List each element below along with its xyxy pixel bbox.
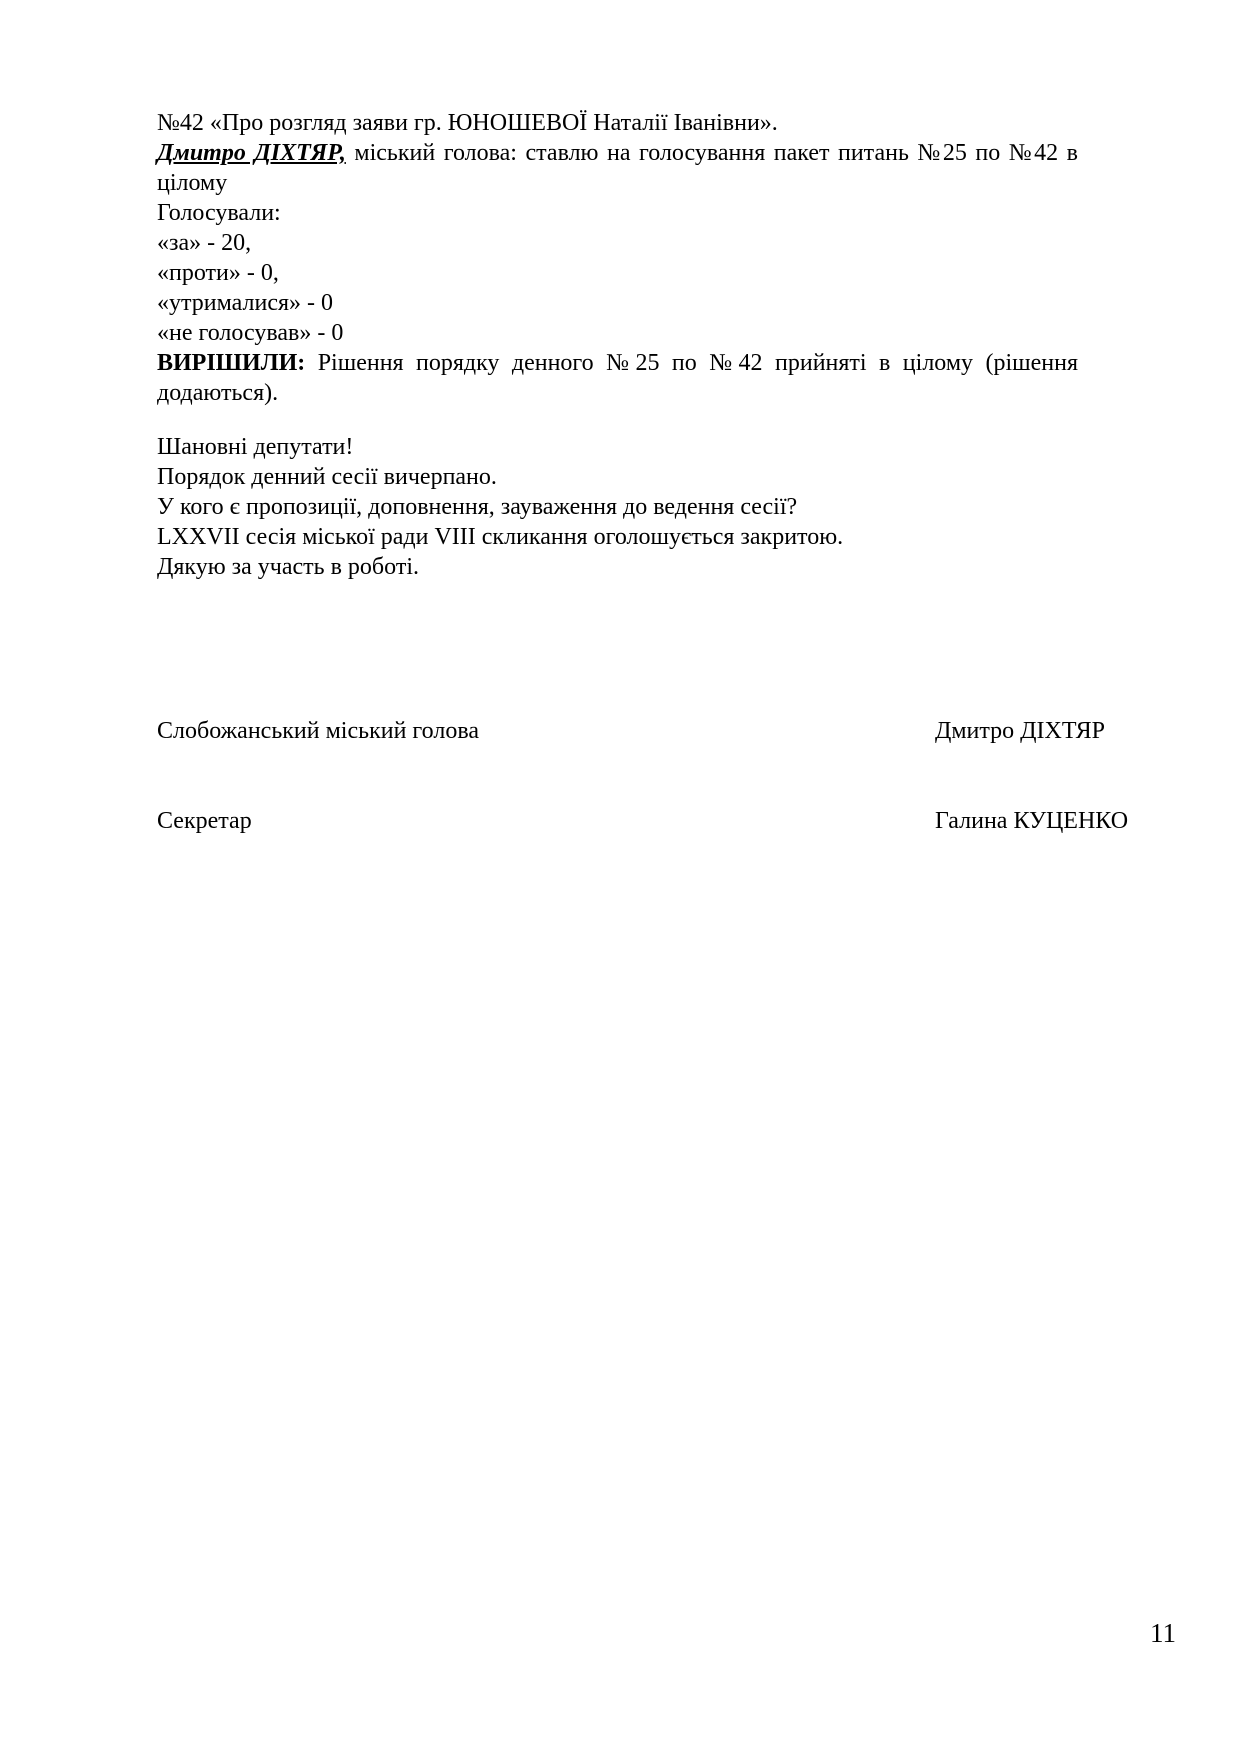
document-page: №42 «Про розгляд заяви гр. ЮНОШЕВОЇ Ната… (0, 0, 1240, 1754)
signature-title-secretary: Секретар (157, 806, 252, 836)
vote-line-not-voted: «не голосував» - 0 (157, 318, 1078, 348)
closing-line-thanks: Дякую за участь в роботі. (157, 552, 1078, 582)
speaker-name: Дмитро ДІХТЯР, (157, 140, 346, 166)
decision-label: ВИРІШИЛИ: (157, 350, 305, 376)
signature-name-secretary: Галина КУЦЕНКО (935, 806, 1128, 836)
decision-line-2: додаються). (157, 378, 1078, 408)
signature-name-mayor: Дмитро ДІХТЯР (935, 716, 1105, 746)
closing-remarks-block: Шановні депутати! Порядок денний сесії в… (157, 432, 1078, 582)
protocol-text-block: №42 «Про розгляд заяви гр. ЮНОШЕВОЇ Ната… (157, 108, 1078, 408)
vote-line-against: «проти» - 0, (157, 258, 1078, 288)
closing-line-greeting: Шановні депутати! (157, 432, 1078, 462)
speaker-statement-line: Дмитро ДІХТЯР, міський голова: ставлю на… (157, 138, 1078, 198)
signature-row-secretary: Секретар Галина КУЦЕНКО (157, 806, 1147, 836)
page-number: 11 (1150, 1618, 1176, 1648)
vote-line-abstained: «утрималися» - 0 (157, 288, 1078, 318)
vote-line-for: «за» - 20, (157, 228, 1078, 258)
signature-row-mayor: Слобожанський міський голова Дмитро ДІХТ… (157, 716, 1147, 746)
closing-line-question: У кого є пропозиції, доповнення, зауваже… (157, 492, 1078, 522)
closing-line-session-closed: LXXVII сесія міської ради VIII скликання… (157, 522, 1078, 552)
voting-header: Голосували: (157, 198, 1078, 228)
decision-text: Рішення порядку денного №25 по №42 прийн… (305, 350, 1078, 376)
agenda-item-line: №42 «Про розгляд заяви гр. ЮНОШЕВОЇ Ната… (157, 108, 1078, 138)
signature-title-mayor: Слобожанський міський голова (157, 716, 479, 746)
closing-line-agenda-done: Порядок денний сесії вичерпано. (157, 462, 1078, 492)
decision-line-1: ВИРІШИЛИ: Рішення порядку денного №25 по… (157, 348, 1078, 378)
